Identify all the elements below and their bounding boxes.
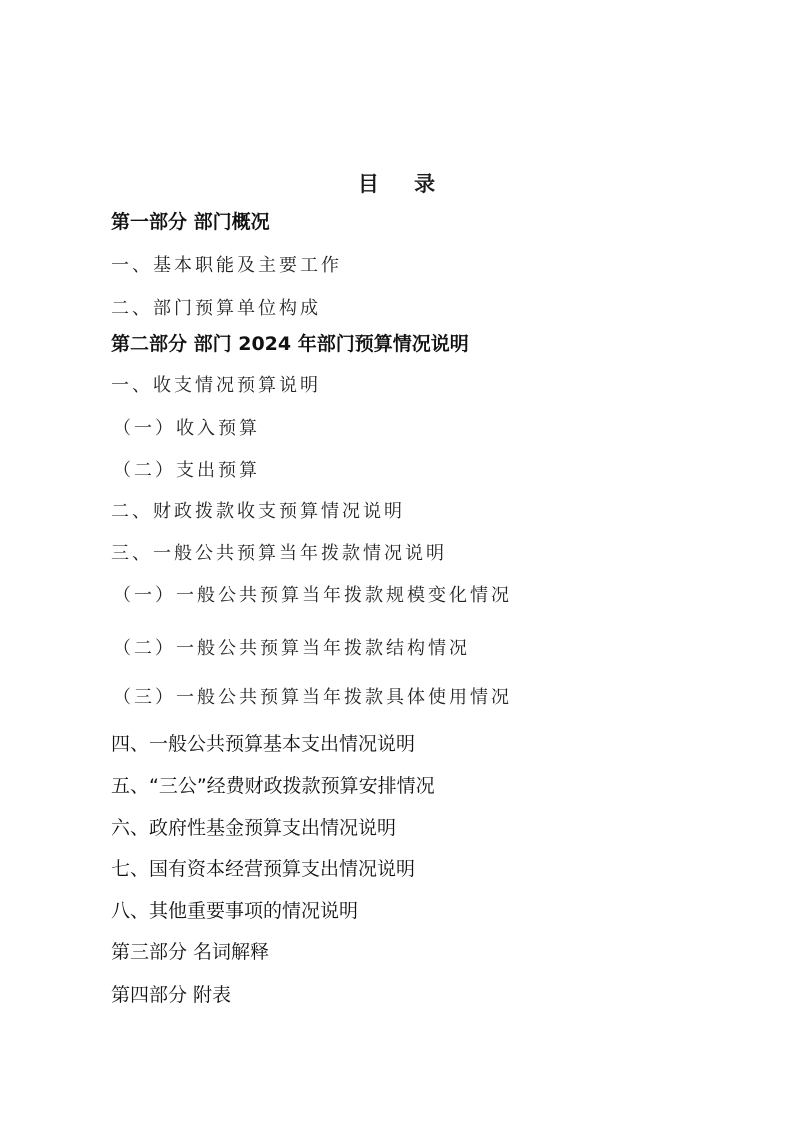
- toc-entry[interactable]: （一）收入预算: [113, 417, 260, 441]
- toc-entry[interactable]: 第四部分 附表: [111, 983, 231, 1007]
- toc-entry[interactable]: 第三部分 名词解释: [111, 940, 269, 964]
- toc-entry[interactable]: 三、一般公共预算当年拨款情况说明: [111, 542, 447, 566]
- toc-entry[interactable]: 四、一般公共预算基本支出情况说明: [111, 732, 415, 756]
- toc-entry[interactable]: （一）一般公共预算当年拨款规模变化情况: [113, 584, 512, 608]
- toc-entry[interactable]: （三）一般公共预算当年拨款具体使用情况: [113, 686, 512, 710]
- toc-entry[interactable]: 第二部分 部门 2024 年部门预算情况说明: [111, 332, 469, 356]
- toc-entry[interactable]: 二、部门预算单位构成: [111, 297, 321, 321]
- toc-entry[interactable]: 二、财政拨款收支预算情况说明: [111, 500, 405, 524]
- toc-entry[interactable]: 一、基本职能及主要工作: [111, 254, 342, 278]
- document-page: 目 录 第一部分 部门概况一、基本职能及主要工作二、部门预算单位构成第二部分 部…: [0, 0, 793, 1122]
- toc-entry[interactable]: 五、“三公”经费财政拨款预算安排情况: [111, 774, 435, 798]
- toc-entry[interactable]: 八、其他重要事项的情况说明: [111, 899, 358, 923]
- toc-entry[interactable]: （二）一般公共预算当年拨款结构情况: [113, 637, 470, 661]
- toc-title: 目 录: [0, 168, 793, 198]
- toc-entry[interactable]: 第一部分 部门概况: [111, 210, 270, 234]
- toc-entry[interactable]: 一、收支情况预算说明: [111, 374, 321, 398]
- toc-entry[interactable]: 七、国有资本经营预算支出情况说明: [111, 857, 415, 881]
- toc-entry[interactable]: （二）支出预算: [113, 459, 260, 483]
- toc-entry[interactable]: 六、政府性基金预算支出情况说明: [111, 816, 396, 840]
